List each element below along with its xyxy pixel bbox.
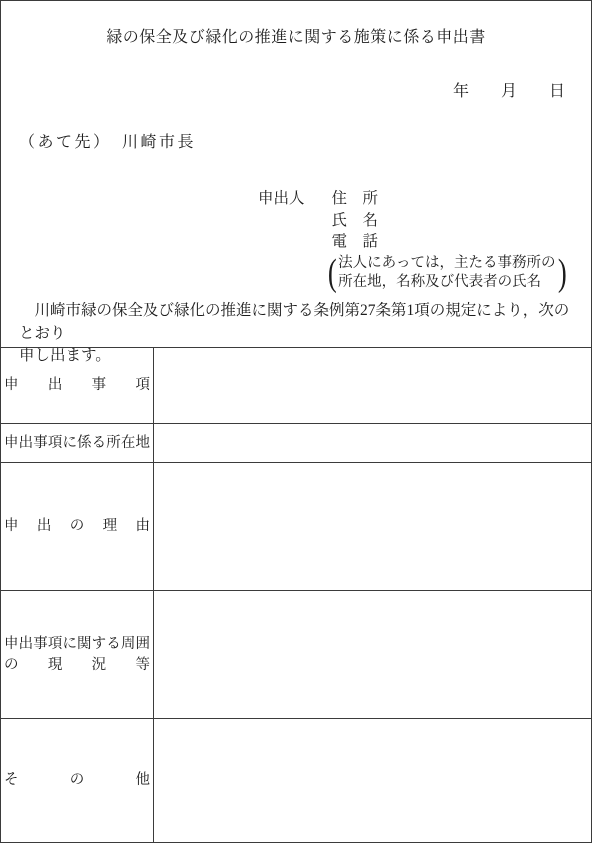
day-label: 日: [549, 78, 565, 101]
value-cell-surroundings[interactable]: [154, 590, 591, 718]
form-title: 緑の保全及び緑化の推進に関する施策に係る申出書: [1, 24, 591, 47]
applicant-label: 申出人: [258, 188, 305, 209]
applicant-phone-label: 電 話: [332, 231, 569, 253]
applicant-name-label: 氏 名: [332, 210, 569, 232]
row-label-surroundings: 申出事項に関する周囲 の現況等: [1, 590, 154, 718]
intro-line: 川崎市緑の保全及び緑化の推進に関する条例第27条第1項の規定により，次のとおり: [19, 300, 575, 345]
row-label-reason: 申出の理由: [1, 462, 154, 590]
applicant-address-label: 住 所: [332, 188, 569, 210]
addressee-line: （あて先） 川崎市長: [19, 129, 196, 152]
corporate-note-text: 法人にあっては，主たる事務所の 所在地，名称及び代表者の氏名: [338, 254, 555, 292]
row-label-application-matter: 申出事項: [1, 348, 154, 423]
value-cell-application-matter[interactable]: [154, 348, 591, 423]
row-label-location: 申出事項に係る所在地: [1, 423, 154, 462]
corporate-note: ( 法人にあっては，主たる事務所の 所在地，名称及び代表者の氏名 ): [326, 254, 569, 292]
month-label: 月: [501, 78, 517, 101]
corporate-note-line: 所在地，名称及び代表者の氏名: [338, 273, 555, 292]
corporate-note-line: 法人にあっては，主たる事務所の: [338, 254, 555, 273]
date-line: 年 月 日: [453, 78, 565, 101]
value-cell-location[interactable]: [154, 423, 591, 462]
application-form-page: 緑の保全及び緑化の推進に関する施策に係る申出書 年 月 日 （あて先） 川崎市長…: [0, 0, 592, 843]
year-label: 年: [453, 78, 469, 101]
bracket-close: ): [557, 254, 566, 292]
form-table: 申出事項 申出事項に係る所在地 申出の理由 申出事項に関する周囲 の現況等 その…: [1, 347, 591, 842]
applicant-block: 申出人 住 所 氏 名 電 話 ( 法人にあっては，主たる事務所の 所在地，名称…: [258, 188, 568, 292]
row-label-other: その他: [1, 718, 154, 842]
value-cell-reason[interactable]: [154, 462, 591, 590]
applicant-fields: 住 所 氏 名 電 話 ( 法人にあっては，主たる事務所の 所在地，名称及び代表…: [332, 188, 569, 292]
value-cell-other[interactable]: [154, 718, 591, 842]
bracket-open: (: [327, 254, 336, 292]
